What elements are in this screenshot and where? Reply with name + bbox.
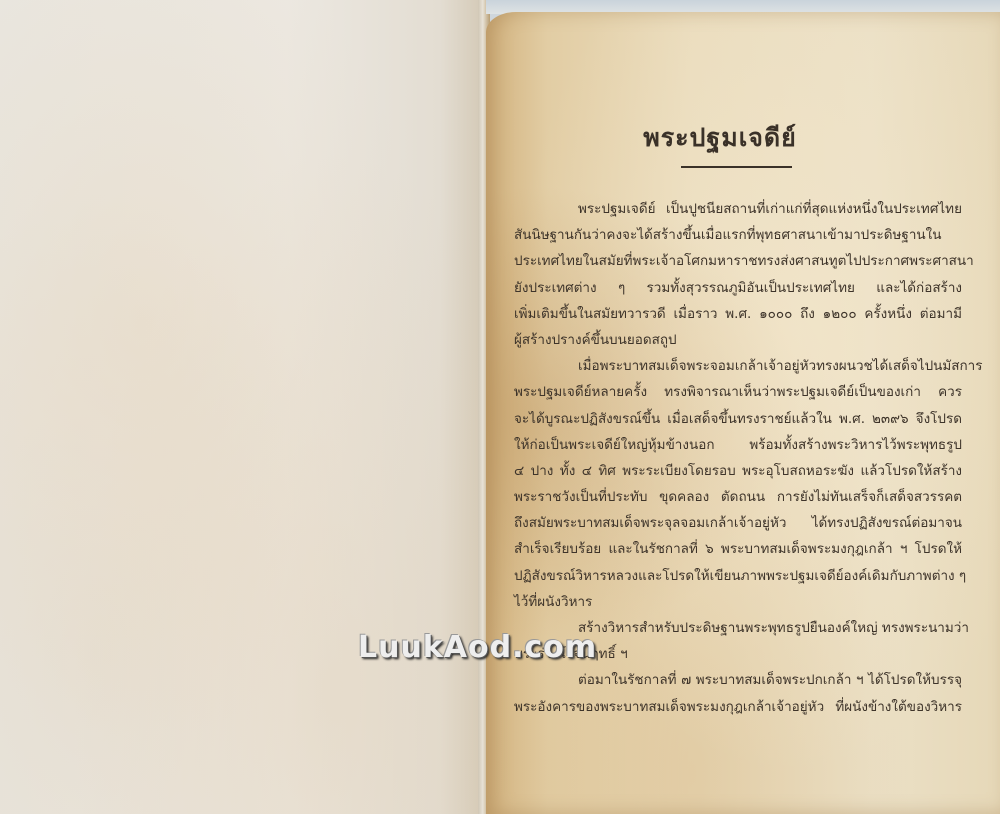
- text-line: จะได้บูรณะปฏิสังขรณ์ขึ้น เมื่อเสด็จขึ้นท…: [514, 406, 962, 432]
- text-line: ไว้ที่ผนังวิหาร: [514, 589, 962, 615]
- text-line: ประเทศไทยในสมัยที่พระเจ้าอโศกมหาราชทรงส่…: [514, 248, 962, 274]
- text-line: ๔ ปาง ทั้ง ๔ ทิศ พระระเบียงโดยรอบ พระอุโ…: [514, 458, 962, 484]
- open-book-photo: พระปฐมเจดีย์ พระปฐมเจดีย์ เป็นปูชนียสถาน…: [0, 0, 1000, 814]
- text-line: ให้ก่อเป็นพระเจดีย์ใหญ่หุ้มข้างนอก พร้อม…: [514, 432, 962, 458]
- text-line: พระอังคารของพระบาทสมเด็จพระมงกุฎเกล้าเจ้…: [514, 694, 962, 720]
- title-underline: [681, 166, 792, 168]
- text-line: ปฏิสังขรณ์วิหารหลวงและโปรดให้เขียนภาพพระ…: [514, 563, 962, 589]
- left-blank-page: [0, 0, 478, 814]
- text-line: พระปฐมเจดีย์หลายครั้ง ทรงพิจารณาเห็นว่าพ…: [514, 379, 962, 405]
- text-line: พระปฐมเจดีย์ เป็นปูชนียสถานที่เก่าแก่ที่…: [514, 196, 962, 222]
- watermark-logo: LuukAod.com: [358, 630, 597, 665]
- text-line: สำเร็จเรียบร้อย และในรัชกาลที่ ๖ พระบาทส…: [514, 536, 962, 562]
- text-line: สันนิษฐานกันว่าคงจะได้สร้างขึ้นเมื่อแรกท…: [514, 222, 962, 248]
- text-line: เพิ่มเติมขึ้นในสมัยทวารวดี เมื่อราว พ.ศ.…: [514, 301, 962, 327]
- text-line: พระราชวังเป็นที่ประทับ ขุดคลอง ตัดถนน กา…: [514, 484, 962, 510]
- text-line: ถึงสมัยพระบาทสมเด็จพระจุลจอมเกล้าเจ้าอยู…: [514, 510, 962, 536]
- text-line: ต่อมาในรัชกาลที่ ๗ พระบาทสมเด็จพระปกเกล้…: [514, 667, 962, 693]
- text-line: เมื่อพระบาทสมเด็จพระจอมเกล้าเจ้าอยู่หัวท…: [514, 353, 962, 379]
- text-line: ผู้สร้างปรางค์ขึ้นบนยอดสถูป: [514, 327, 962, 353]
- text-line: ยังประเทศต่าง ๆ รวมทั้งสุวรรณภูมิอันเป็น…: [514, 275, 962, 301]
- page-title: พระปฐมเจดีย์: [600, 118, 840, 158]
